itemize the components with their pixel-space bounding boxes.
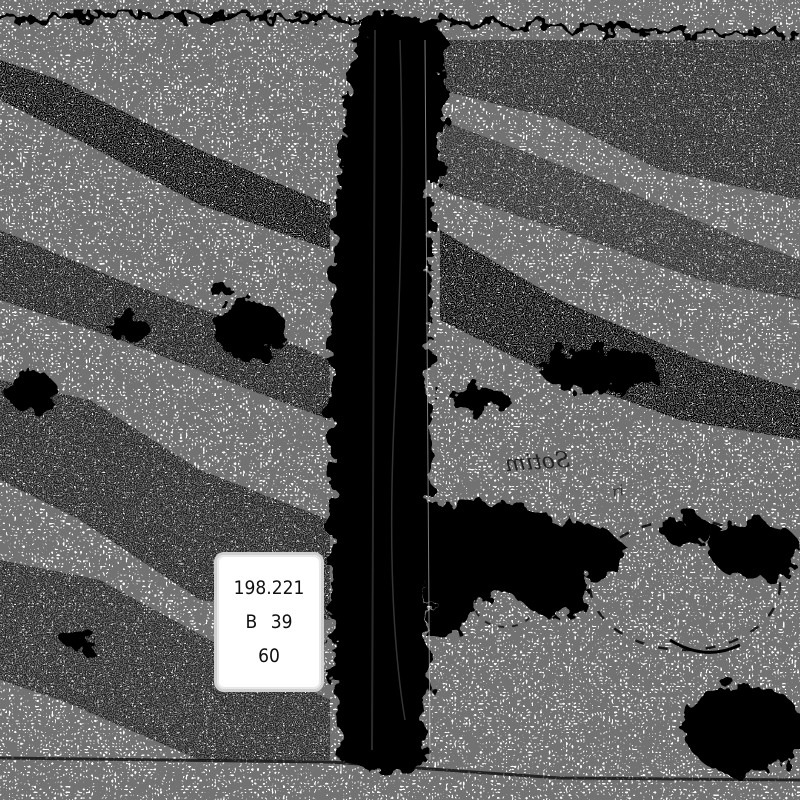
handwritten-inscription: Sotim — [504, 448, 571, 477]
book-cover-scan — [0, 0, 800, 800]
call-number-class: 198.221 — [234, 571, 305, 605]
call-number-label: 198.221 B 39 60 — [214, 552, 324, 692]
call-number-year: 60 — [258, 639, 280, 673]
call-number-cutter: B 39 — [246, 605, 293, 639]
